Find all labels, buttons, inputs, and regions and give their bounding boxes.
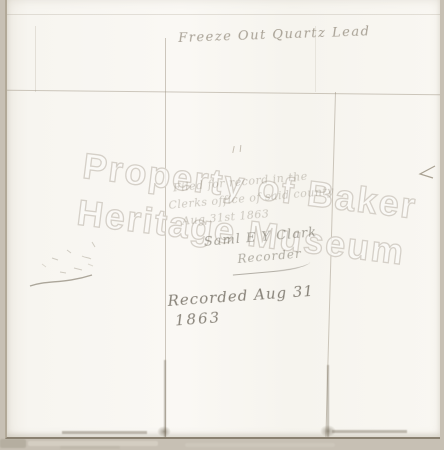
pencil-tick [232, 146, 234, 153]
horizontal-fold-crease [7, 90, 440, 96]
pencil-tick [240, 145, 242, 152]
scanner-bed-mark [0, 439, 26, 448]
crease-foot-spot [157, 426, 171, 437]
bottom-edge-shadow [62, 431, 147, 434]
filed-note-block: Filed for record in the Clerks office of… [166, 159, 365, 285]
pencil-smudge [22, 228, 122, 298]
scanner-bed-mark [60, 446, 120, 449]
pencil-checkmark [413, 163, 441, 185]
panel-edge-line-topleft [35, 26, 36, 92]
crease-foot-spot [320, 425, 336, 437]
bottom-edge-shadow [332, 430, 407, 433]
top-edge-line [7, 14, 440, 15]
scanner-bed-mark [185, 443, 335, 447]
filed-note-line3: Aug 31st 1863 [181, 207, 269, 228]
scanned-document: Property of Baker Heritage Museum Freeze… [0, 0, 444, 450]
